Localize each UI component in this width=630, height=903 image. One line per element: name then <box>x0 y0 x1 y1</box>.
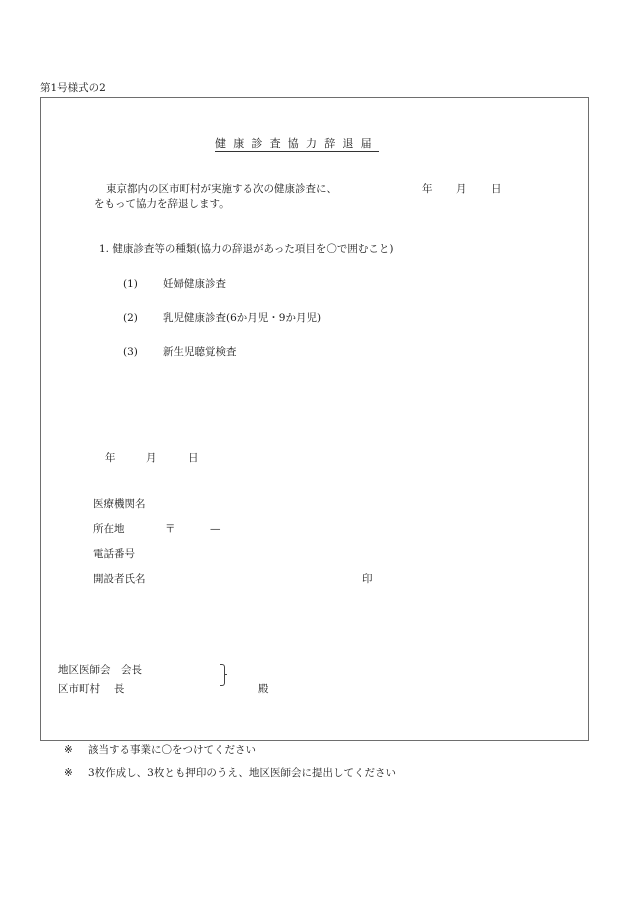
item-label-2: 乳児健康診査(6か月児・9か月児) <box>163 313 321 324</box>
submit-date-day: 日 <box>188 453 199 464</box>
intro-date-month: 月 <box>456 184 467 195</box>
note-text-2: 3枚作成し、3枚とも押印のうえ、地区医師会に提出してください <box>88 768 396 779</box>
item-number-2: (2) <box>123 313 138 324</box>
note-text-1: 該当する事業に〇をつけてください <box>88 745 256 756</box>
founder-name-label: 開設者氏名 <box>93 574 146 585</box>
item-label-1: 妊婦健康診査 <box>163 279 226 290</box>
postal-mark: 〒 <box>165 524 176 535</box>
item-number-1: (1) <box>123 279 138 290</box>
addressee-line-2: 区市町村 長 <box>58 684 124 695</box>
seal-label: 印 <box>362 574 373 585</box>
note-mark-1: ※ <box>64 745 73 756</box>
brace-icon <box>220 664 225 686</box>
form-number: 第1号様式の2 <box>40 83 106 94</box>
addressee-line-1: 地区医師会 会長 <box>58 665 142 676</box>
item-number-3: (3) <box>123 347 138 358</box>
section-heading: 1. 健康診査等の種類(協力の辞退があった項目を〇で囲むこと) <box>99 244 393 255</box>
intro-date-year: 年 <box>422 184 433 195</box>
institution-name-label: 医療機関名 <box>93 499 146 510</box>
note-mark-2: ※ <box>64 768 73 779</box>
phone-label: 電話番号 <box>93 549 135 560</box>
item-label-3: 新生児聴覚検査 <box>163 347 237 358</box>
intro-line-1: 東京都内の区市町村が実施する次の健康診査に、 <box>106 184 337 195</box>
intro-date-day: 日 <box>491 184 502 195</box>
submit-date-year: 年 <box>105 453 116 464</box>
postal-dash: — <box>210 524 221 535</box>
address-label: 所在地 <box>93 524 125 535</box>
document-title: 健康診査協力辞退届 <box>215 138 379 152</box>
submit-date-month: 月 <box>146 453 157 464</box>
honorific: 殿 <box>258 684 269 695</box>
intro-line-2: をもって協力を辞退します。 <box>94 199 230 210</box>
